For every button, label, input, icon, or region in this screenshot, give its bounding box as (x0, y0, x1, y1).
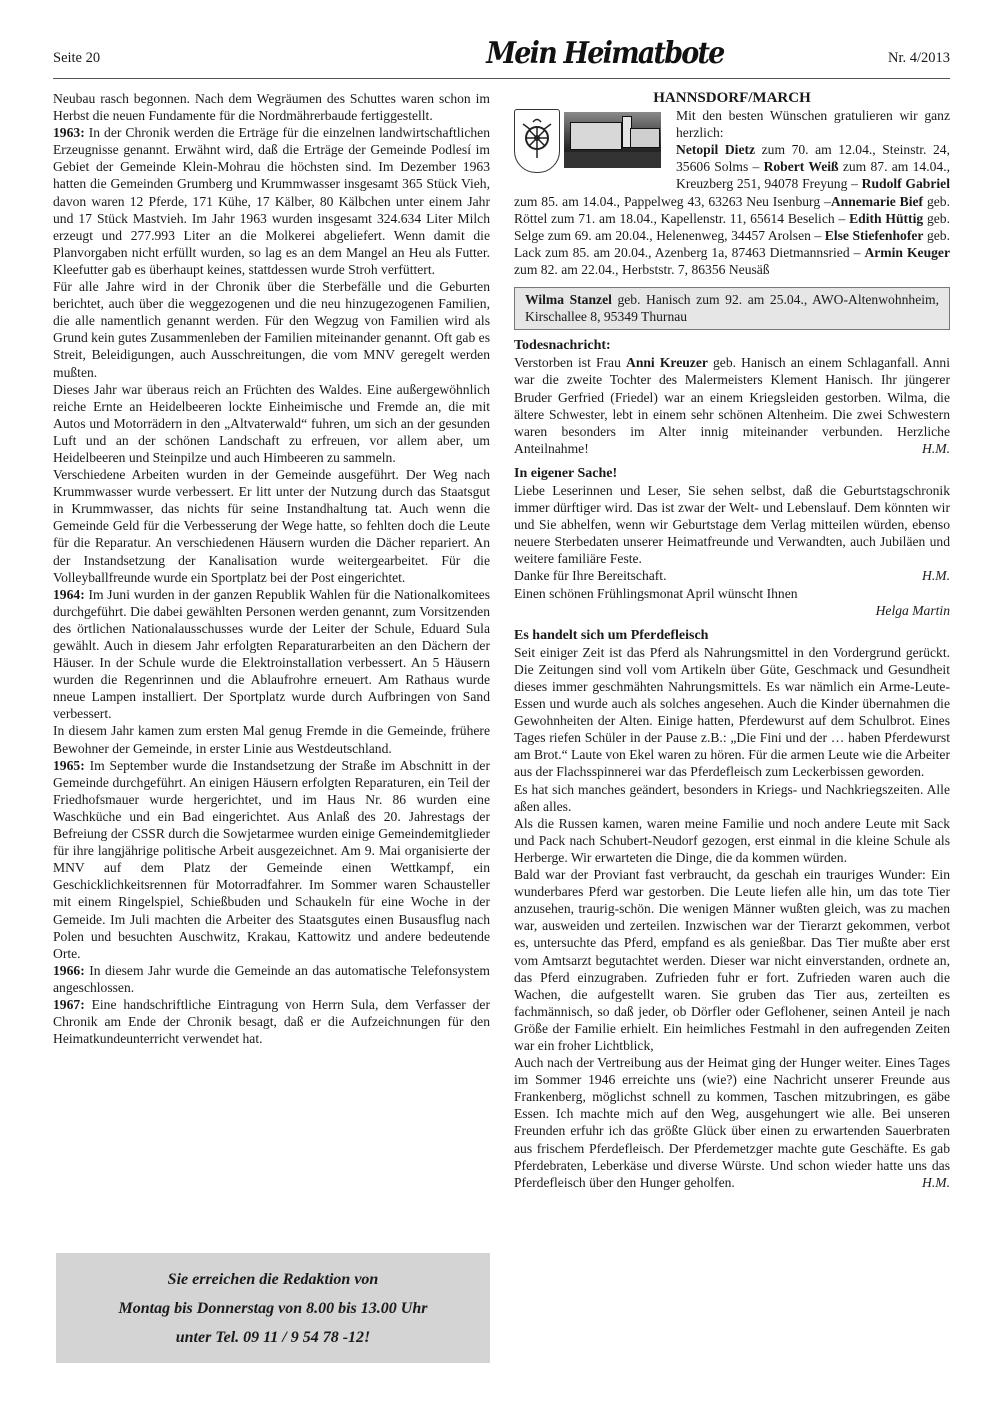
own-matter-thanks: Danke für Ihre Bereitschaft.H.M. (514, 567, 950, 584)
year-label: 1963: (53, 125, 85, 140)
paragraph: Auch nach der Vertreibung aus der Heimat… (514, 1054, 950, 1191)
year-label: 1967: (53, 997, 85, 1012)
paragraph: Es hat sich manches geändert, besonders … (514, 781, 950, 815)
paragraph-1965: 1965: Im September wurde die Instandsetz… (53, 757, 490, 962)
year-label: 1966: (53, 963, 85, 978)
paragraph: In diesem Jahr kamen zum ersten Mal genu… (53, 722, 490, 756)
contact-phone: unter Tel. 09 11 / 9 54 78 -12! (56, 1323, 490, 1352)
highlighted-birthday: Wilma Stanzel geb. Hanisch zum 92. am 25… (514, 287, 950, 330)
greeting: Einen schönen Frühlingsmonat April wünsc… (514, 585, 950, 602)
birthday-section: Mit den besten Wünschen gratulieren wir … (514, 107, 950, 278)
year-label: 1965: (53, 758, 85, 773)
obituary-text: Verstorben ist Frau Anni Kreuzer geb. Ha… (514, 354, 950, 457)
issue-number: Nr. 4/2013 (888, 50, 950, 67)
emblems (514, 109, 664, 174)
paragraph: Für alle Jahre wird in der Chronik über … (53, 278, 490, 381)
own-matter-text: Liebe Leserinnen und Leser, Sie sehen se… (514, 482, 950, 567)
page-number: Seite 20 (53, 50, 100, 67)
right-column: HANNSDORF/MARCH Mi (514, 90, 950, 1191)
signature: H.M. (922, 567, 950, 584)
own-matter-title: In eigener Sache! (514, 465, 950, 482)
section-title: HANNSDORF/MARCH (514, 90, 950, 107)
birthday-intro: Mit den besten Wünschen gratulieren wir … (676, 108, 950, 140)
paragraph: Seit einiger Zeit ist das Pferd als Nahr… (514, 644, 950, 781)
paragraph-1967: 1967: Eine handschriftliche Eintragung v… (53, 996, 490, 1047)
coat-of-arms-icon (514, 109, 560, 173)
contact-info-box: Sie erreichen die Redaktion von Montag b… (56, 1253, 490, 1363)
horse-meat-title: Es handelt sich um Pferdefleisch (514, 627, 950, 644)
signature: H.M. (922, 440, 950, 457)
year-label: 1964: (53, 587, 85, 602)
paragraph: Neubau rasch begonnen. Nach dem Wegräume… (53, 90, 490, 124)
author-signature: Helga Martin (514, 602, 950, 619)
paragraph-1963: 1963: In der Chronik werden die Erträge … (53, 124, 490, 278)
paragraph: Bald war der Proviant fast verbraucht, d… (514, 866, 950, 1054)
paragraph-1966: 1966: In diesem Jahr wurde die Gemeinde … (53, 962, 490, 996)
paragraph: Dieses Jahr war überaus reich an Früchte… (53, 381, 490, 466)
paragraph: Als die Russen kamen, waren meine Famili… (514, 815, 950, 866)
contact-line: Sie erreichen die Redaktion von (56, 1265, 490, 1294)
paragraph-1964: 1964: Im Juni wurden in der ganzen Repub… (53, 586, 490, 723)
paragraph: Verschiedene Arbeiten wurden in der Geme… (53, 466, 490, 586)
masthead-logo: Mein Heimatbote (486, 36, 723, 71)
village-photo (564, 112, 661, 168)
obituary-title: Todesnachricht: (514, 337, 950, 354)
contact-line: Montag bis Donnerstag von 8.00 bis 13.00… (56, 1294, 490, 1323)
left-column: Neubau rasch begonnen. Nach dem Wegräume… (53, 90, 490, 1047)
page-header: Seite 20 Mein Heimatbote Nr. 4/2013 (53, 44, 950, 79)
signature: H.M. (922, 1174, 950, 1191)
